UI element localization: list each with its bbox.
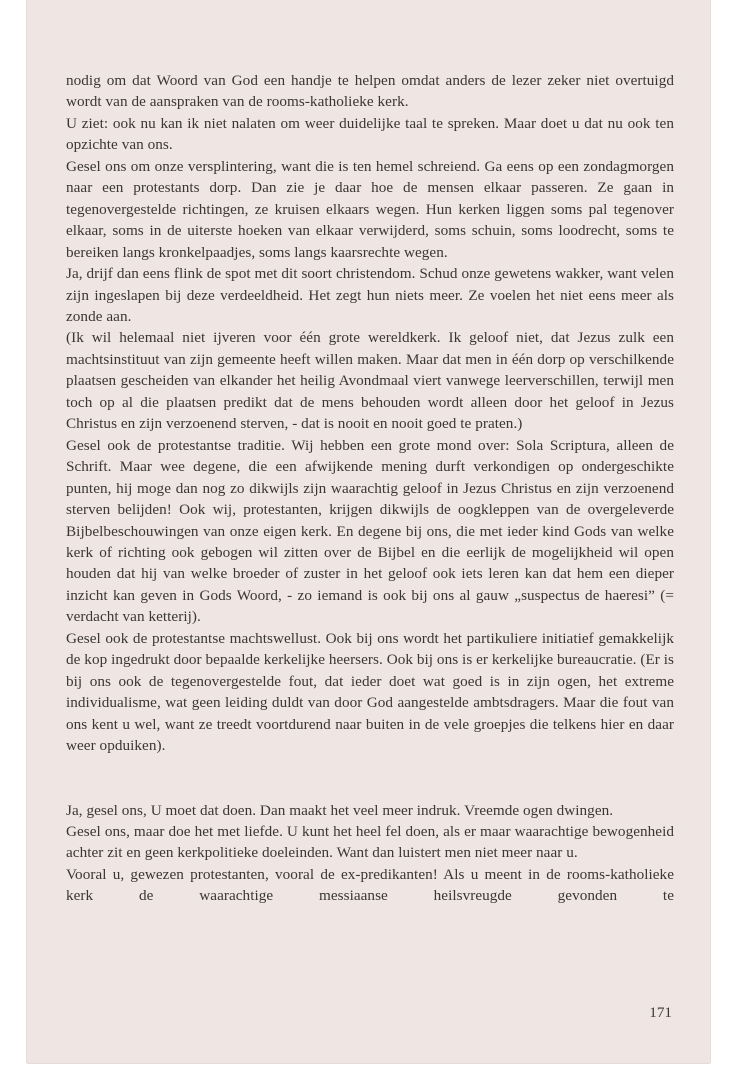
paragraph-4: Ja, drijf dan eens flink de spot met dit…: [66, 263, 674, 327]
paragraph-5: (Ik wil helemaal niet ijveren voor één g…: [66, 327, 674, 434]
paragraph-6: Gesel ook de protestantse traditie. Wij …: [66, 435, 674, 628]
section-break-2: [66, 778, 674, 800]
paragraph-7: Gesel ook de protestantse machtswellust.…: [66, 628, 674, 757]
paragraph-3: Gesel ons om onze versplintering, want d…: [66, 156, 674, 263]
book-page: nodig om dat Woord van God een handje te…: [27, 0, 710, 1063]
paragraph-10: Vooral u, gewezen protestanten, vooral d…: [66, 864, 674, 907]
paragraph-1: nodig om dat Woord van God een handje te…: [66, 70, 674, 113]
page-number: 171: [649, 1004, 672, 1022]
paragraph-8: Ja, gesel ons, U moet dat doen. Dan maak…: [66, 800, 674, 821]
paragraph-2: U ziet: ook nu kan ik niet nalaten om we…: [66, 113, 674, 156]
page-body-text: nodig om dat Woord van God een handje te…: [66, 70, 674, 907]
section-break: [66, 757, 674, 779]
paragraph-9: Gesel ons, maar doe het met liefde. U ku…: [66, 821, 674, 864]
